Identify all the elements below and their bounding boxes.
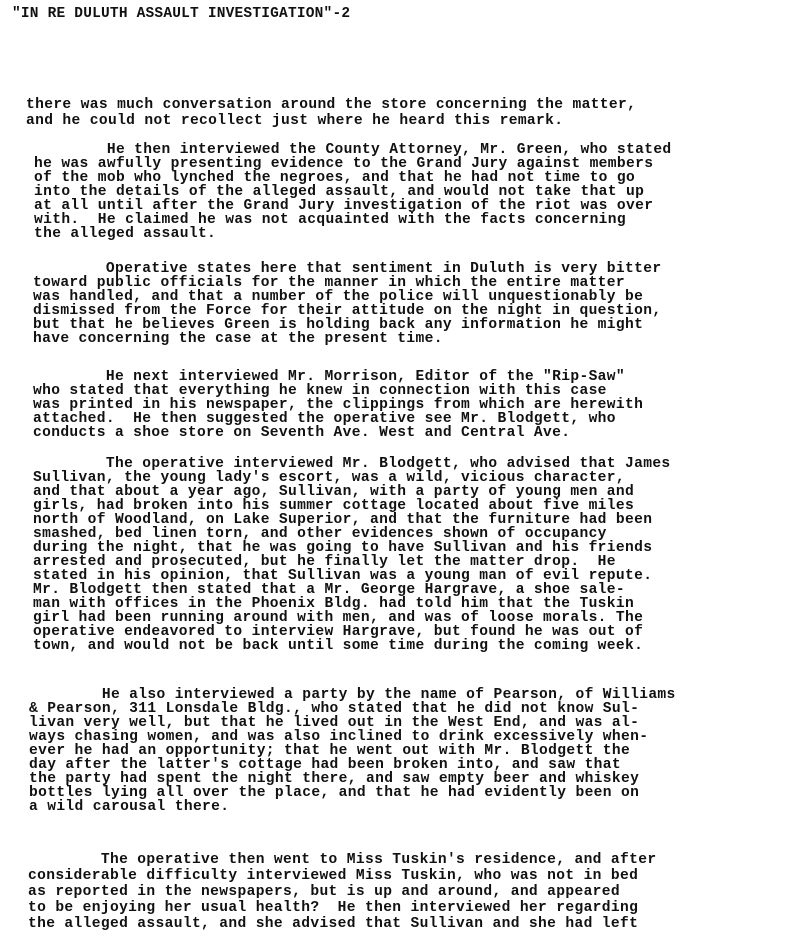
text-line: at all until after the Grand Jury invest…	[34, 199, 800, 213]
text-line: operative endeavored to interview Hargra…	[33, 625, 800, 639]
text-line: He next interviewed Mr. Morrison, Editor…	[33, 370, 800, 384]
text-line: He then interviewed the County Attorney,…	[34, 143, 800, 157]
text-line: ways chasing women, and was also incline…	[29, 730, 799, 744]
text-line: girl had been running around with men, a…	[33, 611, 800, 625]
text-line: but that he believes Green is holding ba…	[33, 318, 800, 332]
text-line: day after the latter's cottage had been …	[29, 758, 799, 772]
text-line: who stated that everything he knew in co…	[33, 384, 800, 398]
text-line: livan very well, but that he lived out i…	[29, 716, 799, 730]
text-line: town, and would not be back until some t…	[33, 639, 800, 653]
text-line: toward public officials for the manner i…	[33, 276, 800, 290]
text-line: & Pearson, 311 Lonsdale Bldg., who state…	[29, 702, 799, 716]
text-line: girls, had broken into his summer cottag…	[33, 499, 800, 513]
text-line: Mr. Blodgett then stated that a Mr. Geor…	[33, 583, 800, 597]
text-line: the alleged assault, and she advised tha…	[28, 916, 798, 932]
text-line: ever he had an opportunity; that he went…	[29, 744, 799, 758]
text-line: he was awfully presenting evidence to th…	[34, 157, 800, 171]
text-line: the party had spent the night there, and…	[29, 772, 799, 786]
text-line: smashed, bed linen torn, and other evide…	[33, 527, 800, 541]
paragraph-3: Operative states here that sentiment in …	[33, 262, 800, 346]
text-line: Operative states here that sentiment in …	[33, 262, 800, 276]
paragraph-2: He then interviewed the County Attorney,…	[34, 143, 800, 241]
text-line: was handled, and that a number of the po…	[33, 290, 800, 304]
paragraph-6: He also interviewed a party by the name …	[29, 688, 799, 814]
text-line: with. He claimed he was not acquainted w…	[34, 213, 800, 227]
text-line: conducts a shoe store on Seventh Ave. We…	[33, 426, 800, 440]
text-line: He also interviewed a party by the name …	[29, 688, 799, 702]
paragraph-7: The operative then went to Miss Tuskin's…	[28, 852, 798, 932]
text-line: man with offices in the Phoenix Bldg. ha…	[33, 597, 800, 611]
text-line: the alleged assault.	[34, 227, 800, 241]
page-header: "IN RE DULUTH ASSAULT INVESTIGATION"-2	[12, 6, 350, 22]
text-line: into the details of the alleged assault,…	[34, 185, 800, 199]
text-line: there was much conversation around the s…	[26, 97, 796, 113]
text-line: a wild carousal there.	[29, 800, 799, 814]
text-line: was printed in his newspaper, the clippi…	[33, 398, 800, 412]
text-line: The operative interviewed Mr. Blodgett, …	[33, 457, 800, 471]
text-line: to be enjoying her usual health? He then…	[28, 900, 798, 916]
text-line: considerable difficulty interviewed Miss…	[28, 868, 798, 884]
text-line: north of Woodland, on Lake Superior, and…	[33, 513, 800, 527]
text-line: dismissed from the Force for their attit…	[33, 304, 800, 318]
text-line: as reported in the newspapers, but is up…	[28, 884, 798, 900]
text-line: The operative then went to Miss Tuskin's…	[28, 852, 798, 868]
text-line: during the night, that he was going to h…	[33, 541, 800, 555]
text-line: arrested and prosecuted, but he finally …	[33, 555, 800, 569]
paragraph-1: there was much conversation around the s…	[26, 97, 796, 129]
text-line: have concerning the case at the present …	[33, 332, 800, 346]
text-line: attached. He then suggested the operativ…	[33, 412, 800, 426]
text-line: of the mob who lynched the negroes, and …	[34, 171, 800, 185]
document-page: "IN RE DULUTH ASSAULT INVESTIGATION"-2 t…	[0, 0, 800, 950]
paragraph-5: The operative interviewed Mr. Blodgett, …	[33, 457, 800, 653]
text-line: stated in his opinion, that Sullivan was…	[33, 569, 800, 583]
text-line: and he could not recollect just where he…	[26, 113, 796, 129]
text-line: and that about a year ago, Sullivan, wit…	[33, 485, 800, 499]
text-line: bottles lying all over the place, and th…	[29, 786, 799, 800]
paragraph-4: He next interviewed Mr. Morrison, Editor…	[33, 370, 800, 440]
text-line: Sullivan, the young lady's escort, was a…	[33, 471, 800, 485]
